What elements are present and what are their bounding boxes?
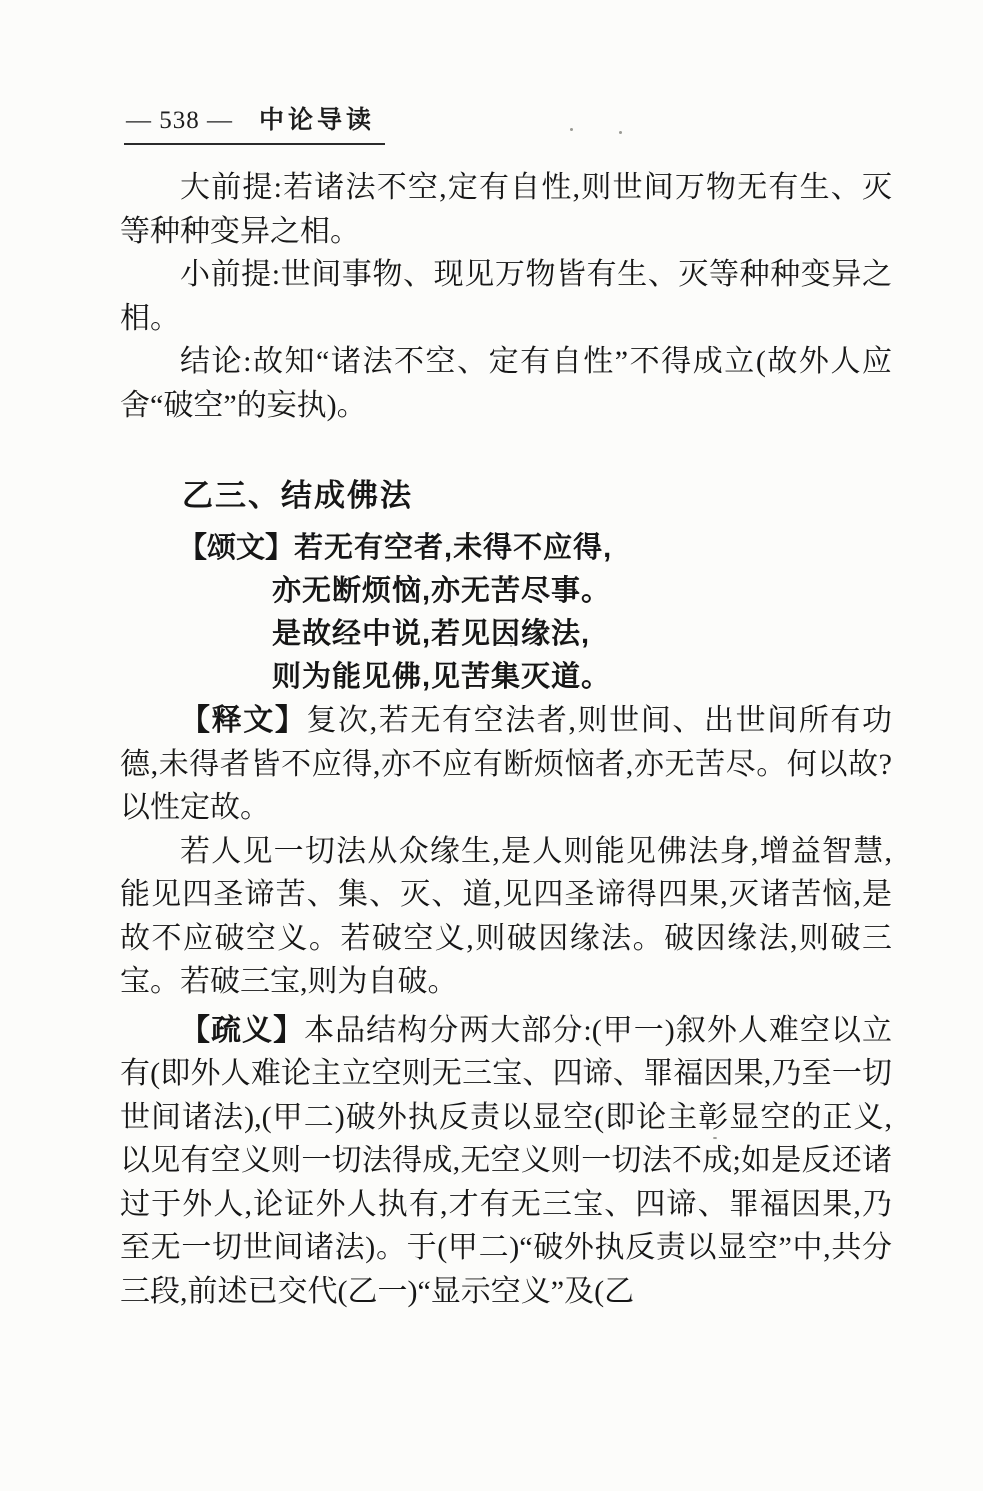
- scan-speck: [713, 1137, 717, 1139]
- paragraph-major-premise: 大前提:若诸法不空,定有自性,则世间万物无有生、灭等种种变异之相。: [120, 166, 892, 253]
- paragraph-shuyi: 【疏义】本品结构分两大部分:(甲一)叙外人难空以立有(即外人难论主立空则无三宝、…: [120, 1009, 892, 1314]
- shuyi-text: 本品结构分两大部分:(甲一)叙外人难空以立有(即外人难论主立空则无三宝、四谛、罪…: [120, 1014, 892, 1308]
- verse-line: 是故经中说,若见因缘法,: [120, 613, 892, 656]
- section-heading: 乙三、结成佛法: [120, 472, 892, 520]
- paragraph-minor-premise: 小前提:世间事物、现见万物皆有生、灭等种种变异之相。: [120, 253, 892, 340]
- paragraph-conclusion: 结论:故知“诸法不空、定有自性”不得成立(故外人应舍“破空”的妄执)。: [120, 340, 892, 427]
- verse-line: 则为能见佛,见苦集灭道。: [120, 656, 892, 699]
- paragraph-shiwen-continued: 若人见一切法从众缘生,是人则能见佛法身,增益智慧,能见四圣谛苦、集、灭、道,见四…: [120, 830, 892, 1004]
- scan-speck: [619, 131, 622, 134]
- scan-speck: [510, 645, 512, 647]
- book-title: 中论导读: [259, 107, 375, 134]
- shuyi-label: 【疏义】: [180, 1014, 304, 1047]
- verse-line: 亦无断烦恼,亦无苦尽事。: [120, 570, 892, 613]
- shiwen-label: 【释文】: [180, 704, 306, 737]
- book-page: — 538 —中论导读 大前提:若诸法不空,定有自性,则世间万物无有生、灭等种种…: [0, 0, 983, 1491]
- verse-block: 【颂文】若无有空者,未得不应得, 亦无断烦恼,亦无苦尽事。 是故经中说,若见因缘…: [120, 527, 892, 699]
- scan-speck: [570, 128, 573, 131]
- verse-label: 【颂文】: [178, 532, 294, 564]
- verse-line: 【颂文】若无有空者,未得不应得,: [120, 527, 892, 570]
- page-number: — 538 —: [126, 107, 233, 134]
- verse-line-text: 若无有空者,未得不应得,: [294, 532, 612, 564]
- paragraph-shiwen: 【释文】复次,若无有空法者,则世间、出世间所有功德,未得者皆不应得,亦不应有断烦…: [120, 699, 892, 830]
- running-header: — 538 —中论导读: [124, 100, 385, 145]
- page-body-text: 大前提:若诸法不空,定有自性,则世间万物无有生、灭等种种变异之相。 小前提:世间…: [120, 166, 892, 1313]
